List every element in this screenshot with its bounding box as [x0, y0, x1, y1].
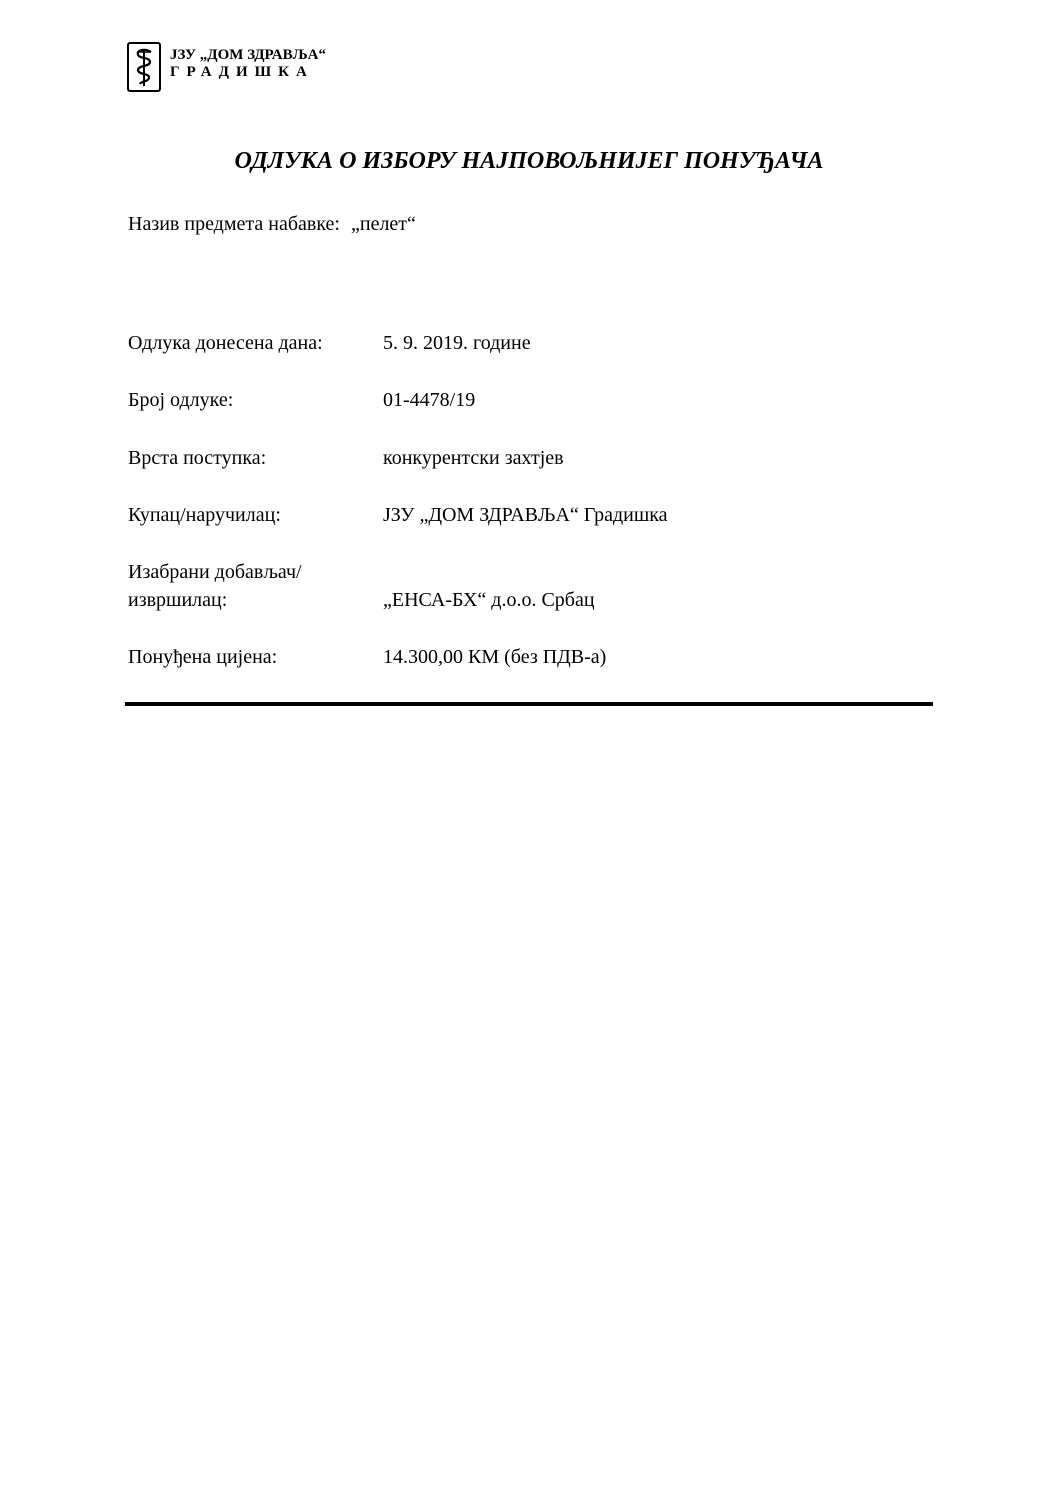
field-value: 01-4478/19: [383, 386, 475, 414]
org-city: ГРАДИШКА: [170, 64, 326, 81]
field-label-line2: извршилац:: [128, 589, 227, 611]
subject-label: Назив предмета набавке:: [128, 213, 340, 235]
field-label-line1: Изабрани добављач/: [128, 561, 302, 583]
field-value: 5. 9. 2019. године: [383, 329, 531, 357]
subject-value: „пелет“: [351, 213, 416, 235]
procurement-subject: Назив предмета набавке: „пелет“: [128, 213, 416, 236]
field-label: Врста поступка:: [128, 444, 378, 472]
field-label: Одлука донесена дана:: [128, 329, 378, 357]
field-value: конкурентски захтјев: [383, 444, 564, 472]
document-title: ОДЛУКА О ИЗБОРУ НАЈПОВОЉНИЈЕГ ПОНУЂАЧА: [0, 148, 1058, 175]
field-label: Понуђена цијена:: [128, 643, 378, 671]
field-label: Изабрани добављач/ извршилац:: [128, 558, 378, 614]
horizontal-divider: [125, 702, 933, 706]
caduceus-icon: [127, 42, 161, 92]
org-name: ЈЗУ „ДОМ ЗДРАВЉА“: [170, 47, 326, 64]
field-value: 14.300,00 КМ (без ПДВ-а): [383, 643, 606, 671]
field-value: „ЕНСА-БХ“ д.о.о. Србац: [383, 586, 595, 614]
field-label: Купац/наручилац:: [128, 501, 378, 529]
field-label: Број одлуке:: [128, 386, 378, 414]
field-value: ЈЗУ „ДОМ ЗДРАВЉА“ Градишка: [383, 501, 668, 529]
